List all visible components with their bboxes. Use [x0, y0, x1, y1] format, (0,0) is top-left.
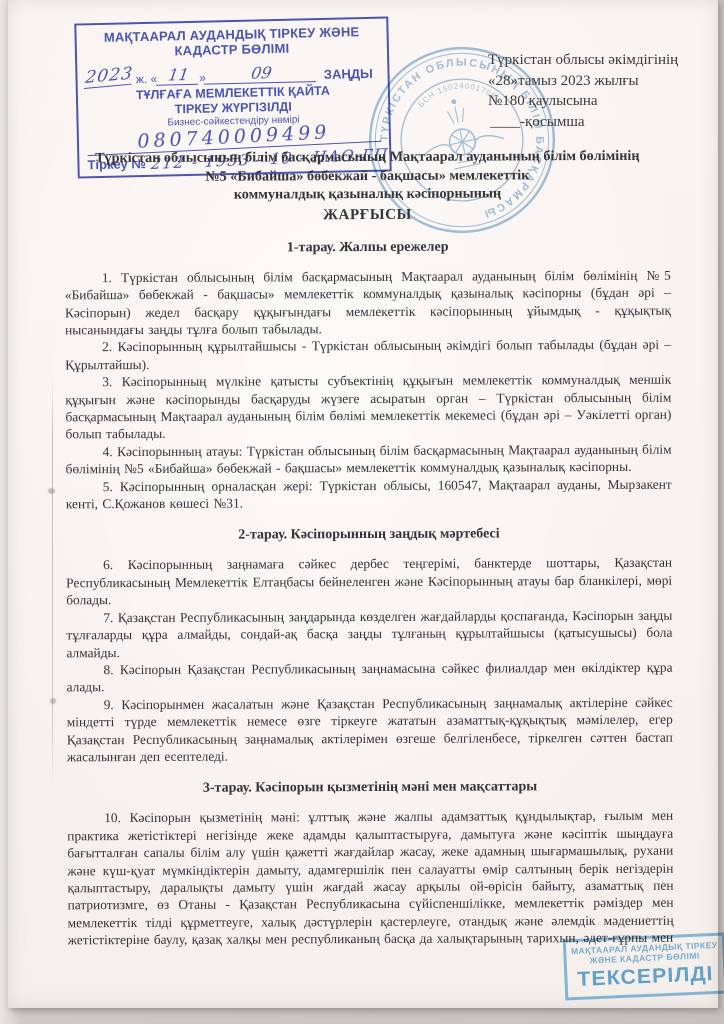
paragraph-10: 10. Кәсіпорын қызметінің мәні: ұлттық жә… [67, 807, 674, 949]
approval-note: Түркістан облысы әкімдігінің «28»тамыз 2… [488, 50, 678, 132]
charter-document-body: Түркістан облысының білім басқармасының … [64, 147, 673, 949]
reg-stamp-year-handwritten: 2023 [84, 64, 134, 89]
paragraph-8: 8. Кәсіпорын Қазақстан Республикасының з… [66, 659, 672, 696]
checked-stamp: МАҚТААРАЛ АУДАНДЫҚ ТІРКЕУ ЖӘНЕ КАДАСТР Б… [563, 932, 724, 1000]
scanned-page: ТҮРКІСТАН ОБЛЫСЫНЫҢ БІЛІМ БАСҚАРМАСЫ БСН… [8, 0, 718, 1008]
scan-speck [50, 698, 56, 704]
paragraph-6: 6. Кәсіпорынның заңнамаға сәйкес дербес … [66, 554, 672, 609]
chapter1-heading: 1-тарау. Жалпы ережелер [65, 238, 671, 257]
chapter3-heading: 3-тарау. Кәсіпорын қызметінің мәні мен м… [67, 779, 673, 798]
reg-stamp-day-handwritten: 11 [156, 65, 201, 86]
paragraph-7: 7. Қазақстан Республикасының заңдарында … [66, 606, 672, 661]
reg-stamp-month-handwritten: 09 [204, 62, 319, 85]
scan-speck [48, 488, 55, 494]
approval-line2: «28»тамыз 2023 жылғы [488, 71, 678, 92]
approval-line1: Түркістан облысы әкімдігінің [488, 50, 678, 71]
charter-title-word: ЖАРҒЫСЫ [65, 205, 671, 225]
charter-title-line3: коммуналдық қазыналық кәсіпорнының [64, 184, 670, 205]
paragraph-3: 3. Кәсіпорынның мүлкіне қатысты субъекті… [65, 371, 671, 443]
approval-line3: №180 қаулысына [488, 91, 678, 112]
reg-stamp-legal-label: ЗАҢДЫ [324, 66, 373, 82]
approval-line4: ____-қосымша [488, 112, 678, 133]
paragraph-2: 2. Кәсіпорынның құрылтайшысы - Түркістан… [65, 336, 671, 373]
chapter2-heading: 2-тарау. Кәсіпорынның заңдық мәртебесі [66, 526, 672, 545]
paragraph-4: 4. Кәсіпорынның атауы: Түркістан облысын… [66, 441, 672, 478]
checked-stamp-label: ТЕКСЕРІЛДІ [567, 962, 724, 993]
paper-fold-line [52, 378, 53, 788]
reg-stamp-year-label: ж. « [136, 72, 158, 86]
paragraph-1: 1. Түркістан облысының білім басқармасын… [65, 266, 671, 338]
charter-title-line1: Түркістан облысының білім басқармасының … [64, 147, 670, 168]
paragraph-9: 9. Кәсіпорынмен жасалатын және Қазақстан… [67, 693, 673, 765]
paragraph-5: 5. Кәсіпорынның орналасқан жері: Түркіст… [66, 475, 672, 512]
